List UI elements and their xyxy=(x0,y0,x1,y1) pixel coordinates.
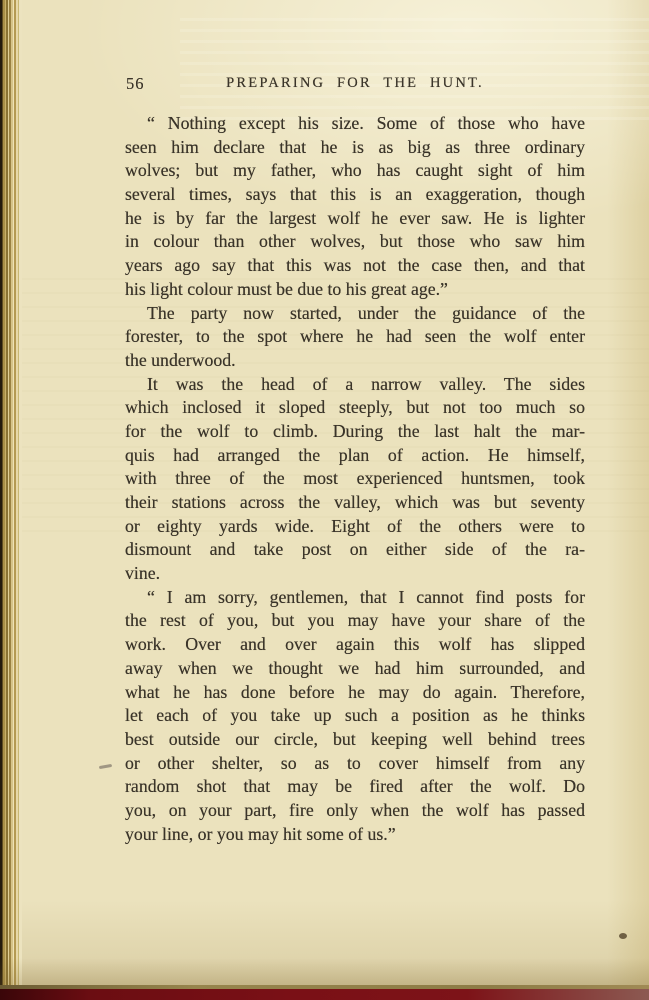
text-line: wolves; but my father, who has caught si… xyxy=(125,159,585,183)
text-line: quis had arranged the plan of action. He… xyxy=(125,444,585,468)
text-line: It was the head of a narrow valley. The … xyxy=(125,373,585,397)
text-line: vine. xyxy=(125,562,585,586)
text-line: which inclosed it sloped steeply, but no… xyxy=(125,396,585,420)
text-line: the rest of you, but you may have your s… xyxy=(125,609,585,633)
running-head-row: 56 PREPARING FOR THE HUNT. xyxy=(125,73,585,93)
text-line: seen him declare that he is as big as th… xyxy=(125,136,585,160)
text-line: best outside our circle, but keeping wel… xyxy=(125,728,585,752)
book-cover-bottom-band xyxy=(0,989,649,1000)
pencil-mark xyxy=(99,764,112,769)
text-line: several times, says that this is an exag… xyxy=(125,183,585,207)
text-line: or eighty yards wide. Eight of the other… xyxy=(125,515,585,539)
text-line: work. Over and over again this wolf has … xyxy=(125,633,585,657)
text-line: years ago say that this was not the case… xyxy=(125,254,585,278)
text-line: forester, to the spot where he had seen … xyxy=(125,325,585,349)
scanned-book-page-photo: 56 PREPARING FOR THE HUNT. “ Nothing exc… xyxy=(0,0,649,1000)
text-line: “ Nothing except his size. Some of those… xyxy=(125,112,585,136)
text-line: you, on your part, fire only when the wo… xyxy=(125,799,585,823)
text-line: your line, or you may hit some of us.” xyxy=(125,823,585,847)
text-line: what he has done before he may do again.… xyxy=(125,681,585,705)
book-page-edges-left xyxy=(0,0,22,989)
text-line: their stations across the valley, which … xyxy=(125,491,585,515)
text-line: the underwood. xyxy=(125,349,585,373)
text-line: with three of the most experienced hunts… xyxy=(125,467,585,491)
running-header-title: PREPARING FOR THE HUNT. xyxy=(125,75,585,92)
text-line: “ I am sorry, gentlemen, that I cannot f… xyxy=(125,586,585,610)
text-line: random shot that may be fired after the … xyxy=(125,775,585,799)
text-line: his light colour must be due to his grea… xyxy=(125,278,585,302)
text-line: or other shelter, so as to cover himself… xyxy=(125,752,585,776)
text-line: for the wolf to climb. During the last h… xyxy=(125,420,585,444)
text-line: in colour than other wolves, but those w… xyxy=(125,230,585,254)
text-line: away when we thought we had him surround… xyxy=(125,657,585,681)
text-line: he is by far the largest wolf he ever sa… xyxy=(125,207,585,231)
text-line: let each of you take up such a position … xyxy=(125,704,585,728)
text-line: dismount and take post on either side of… xyxy=(125,538,585,562)
ink-speck xyxy=(619,933,627,939)
page-bottom-shading xyxy=(0,958,649,986)
text-block: “ Nothing except his size. Some of those… xyxy=(125,112,585,846)
text-line: The party now started, under the guidanc… xyxy=(125,302,585,326)
